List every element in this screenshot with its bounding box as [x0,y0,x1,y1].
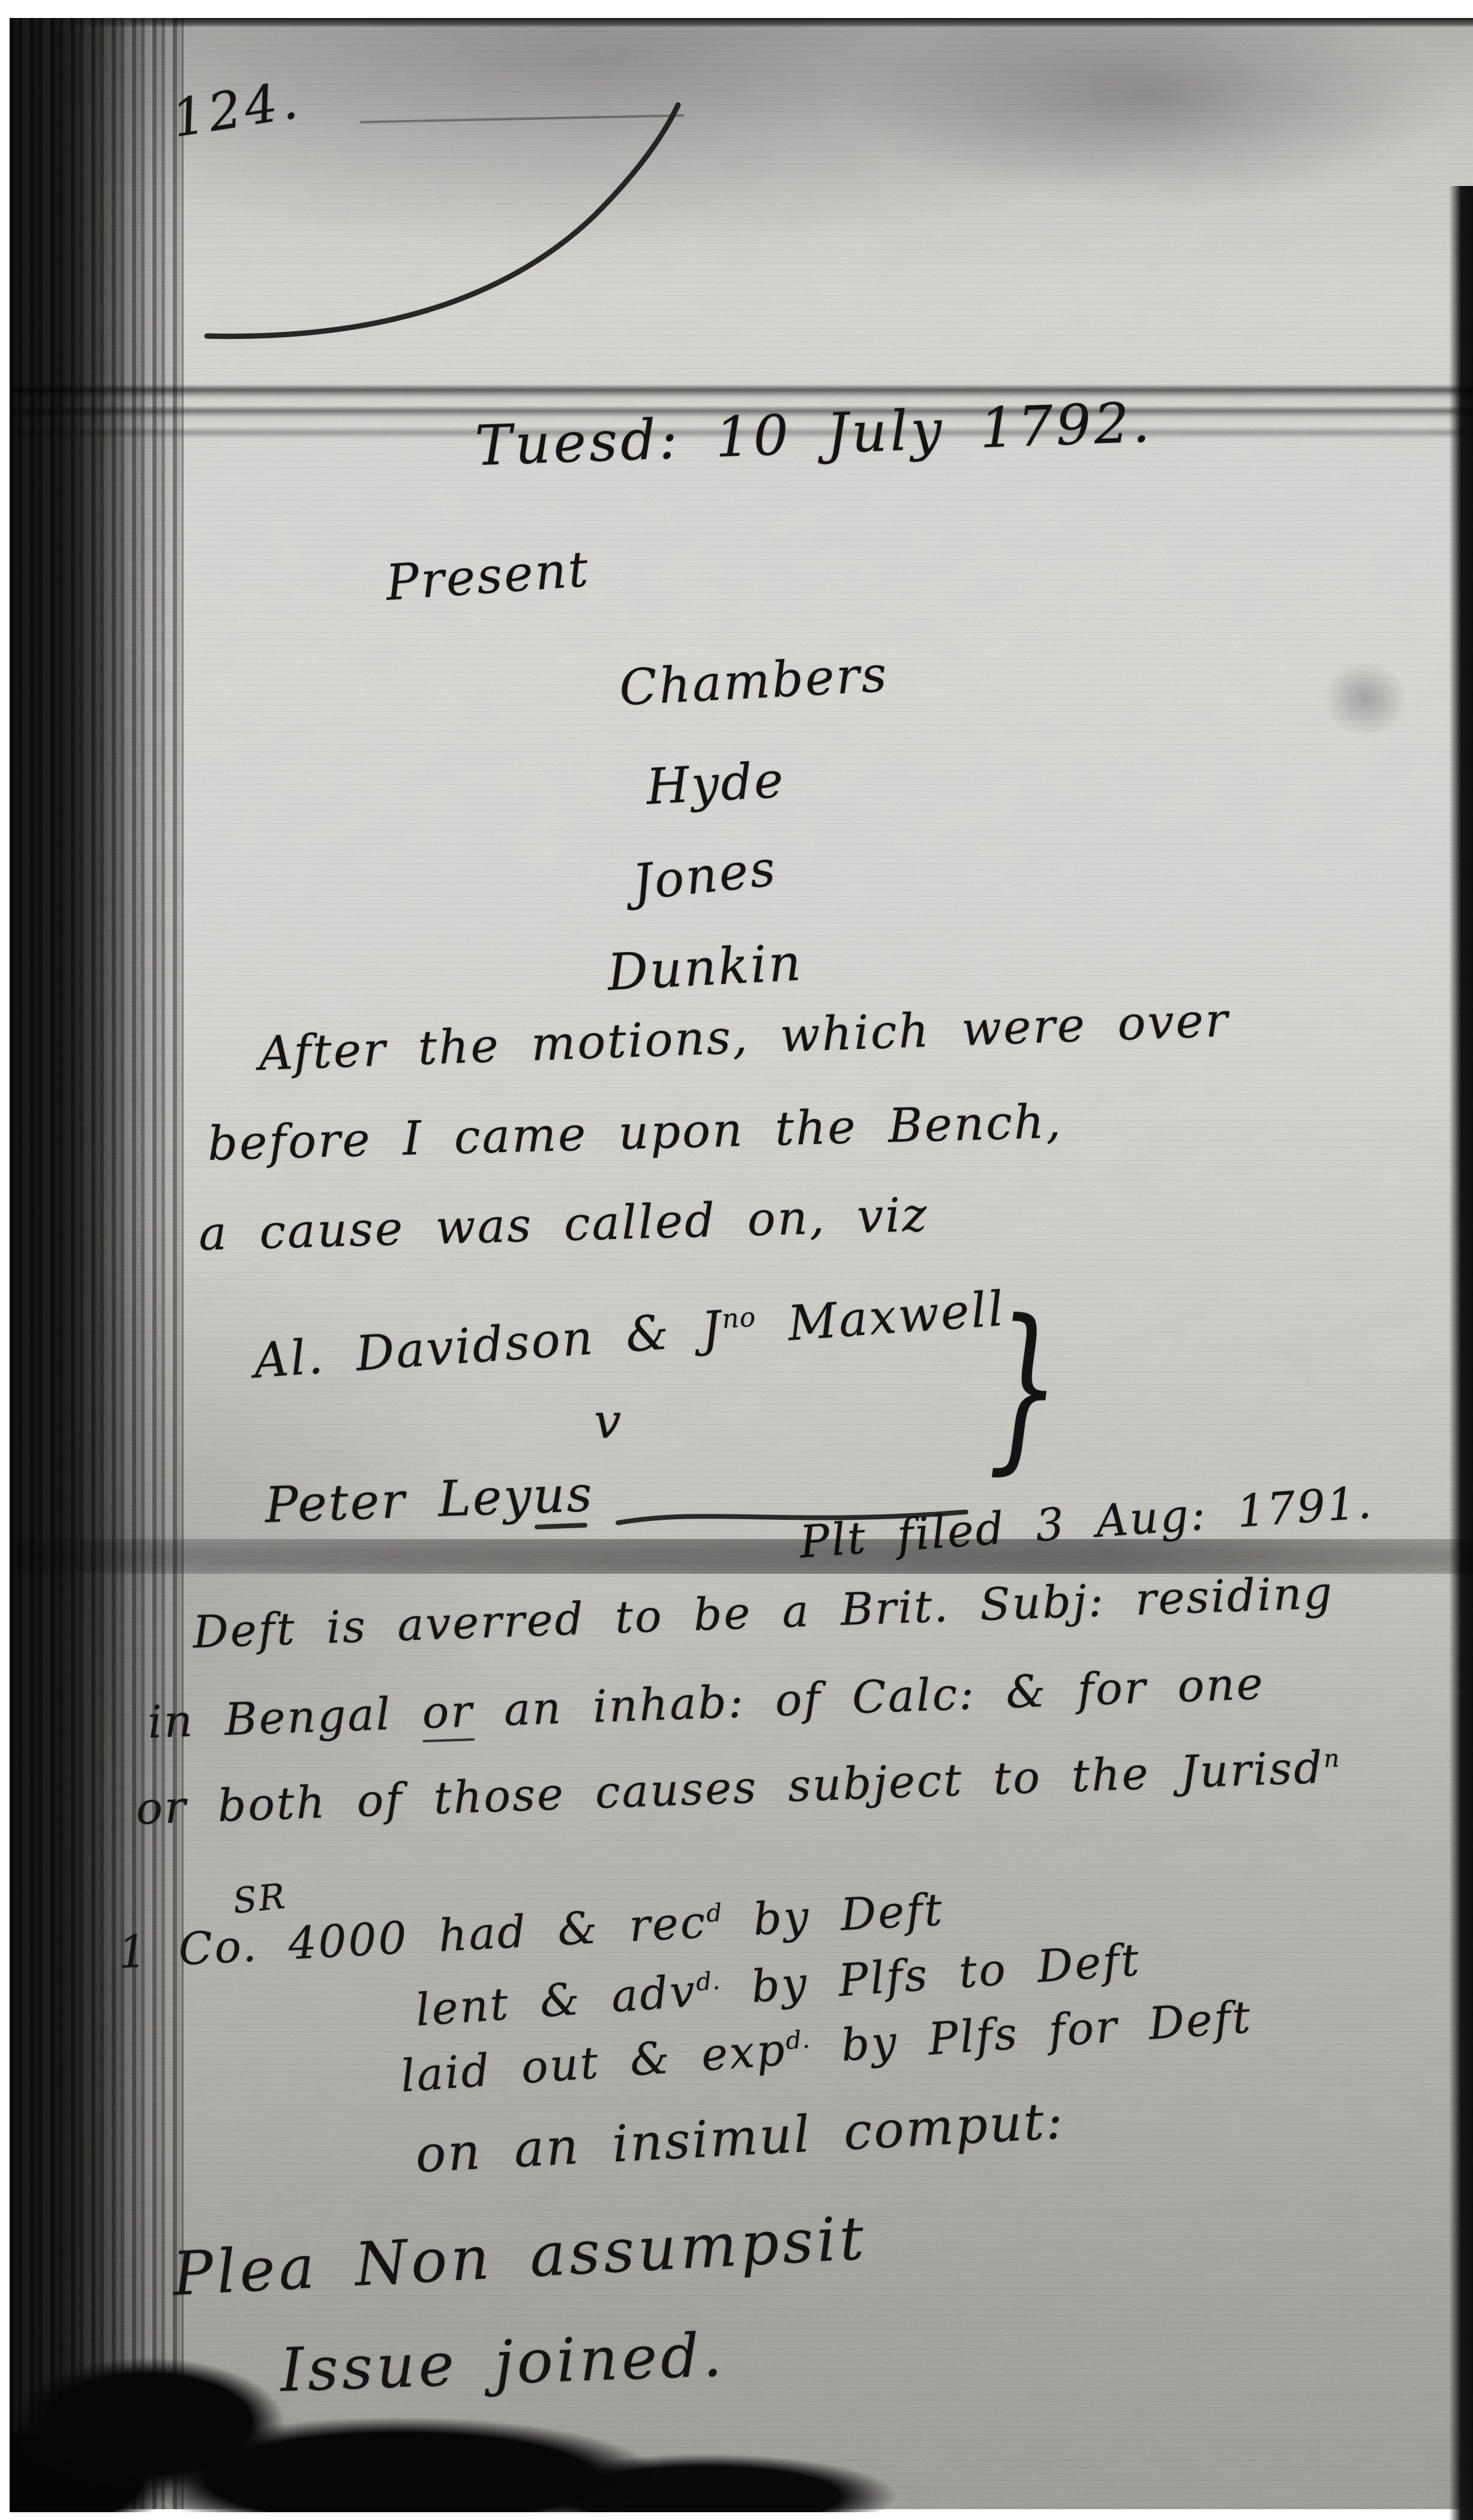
scanline-streaks [10,18,1473,2509]
manuscript-page: { "page": { "folio_number": "124.", "hea… [0,0,1473,2520]
